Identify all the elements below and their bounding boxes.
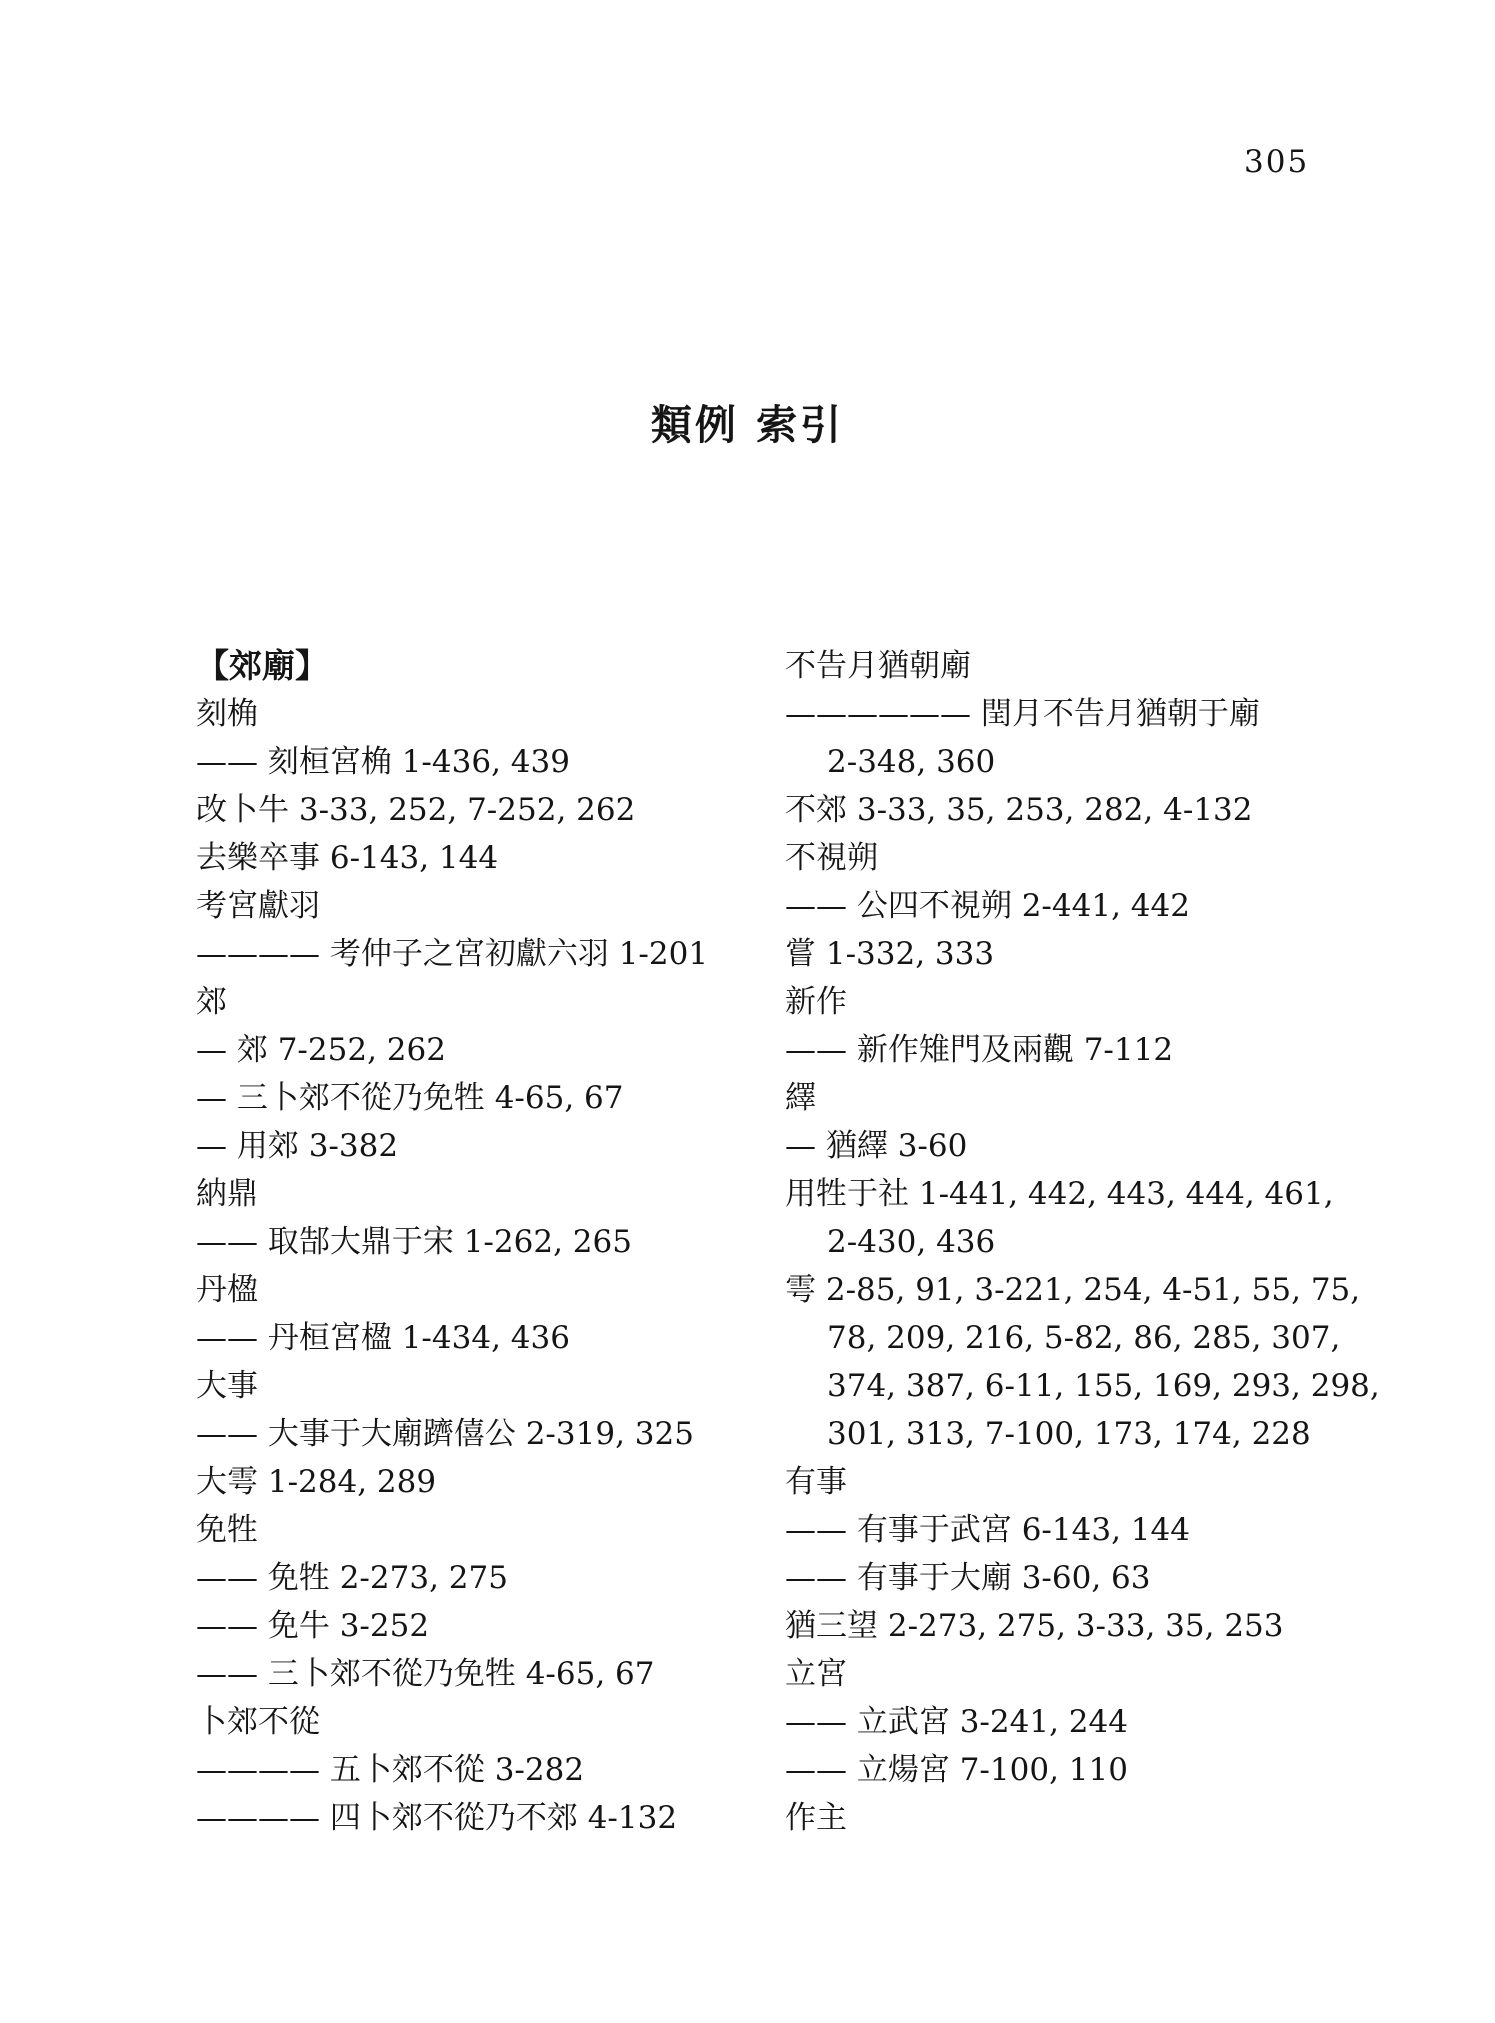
index-entry-line: — 用郊 3-382 [196,1122,771,1170]
index-entry-line: —— 新作雉門及兩觀 7-112 [785,1026,1425,1074]
index-entry-line: 有事 [785,1458,1425,1506]
index-entry-line: 作主 [785,1794,1425,1842]
index-entry-line: 卜郊不從 [196,1698,771,1746]
index-entry-line: —— 免牲 2-273, 275 [196,1554,771,1602]
index-entry-line: —— 公四不視朔 2-441, 442 [785,882,1425,930]
page-number: 305 [1244,144,1309,180]
index-entry-line: —— 丹桓宮楹 1-434, 436 [196,1314,771,1362]
index-entry-line: 301, 313, 7-100, 173, 174, 228 [785,1410,1425,1458]
index-entry-line: 用牲于社 1-441, 442, 443, 444, 461, [785,1170,1425,1218]
index-entry-line: —— 有事于武宮 6-143, 144 [785,1506,1425,1554]
index-entry-line: ———— 四卜郊不從乃不郊 4-132 [196,1794,771,1842]
index-entry-line: 不郊 3-33, 35, 253, 282, 4-132 [785,786,1425,834]
index-entry-line: 郊 [196,978,771,1026]
index-entry-line: 新作 [785,978,1425,1026]
index-entry-line: —— 三卜郊不從乃免牲 4-65, 67 [196,1650,771,1698]
index-entry-line: 374, 387, 6-11, 155, 169, 293, 298, [785,1362,1425,1410]
index-entry-line: 刻桷 [196,690,771,738]
index-entry-line: 不視朔 [785,834,1425,882]
index-entry-line: 78, 209, 216, 5-82, 86, 285, 307, [785,1314,1425,1362]
index-entry-line: — 三卜郊不從乃免牲 4-65, 67 [196,1074,771,1122]
index-entry-line: 大事 [196,1362,771,1410]
index-entry-line: — 郊 7-252, 262 [196,1026,771,1074]
index-entry-line: —— 立武宮 3-241, 244 [785,1698,1425,1746]
index-entry-line: 2-430, 436 [785,1218,1425,1266]
page-title: 類例 索引 [0,392,1495,451]
index-entry-line: —— 立煬宮 7-100, 110 [785,1746,1425,1794]
index-entry-line: —— 大事于大廟躋僖公 2-319, 325 [196,1410,771,1458]
index-entry-line: 繹 [785,1074,1425,1122]
index-entry-line: 納鼎 [196,1170,771,1218]
index-entry-line: 猶三望 2-273, 275, 3-33, 35, 253 [785,1602,1425,1650]
index-entry-line: 考宮獻羽 [196,882,771,930]
index-entry-line: 改卜牛 3-33, 252, 7-252, 262 [196,786,771,834]
index-entry-line: 嘗 1-332, 333 [785,930,1425,978]
index-entry-line: —— 取郜大鼎于宋 1-262, 265 [196,1218,771,1266]
section-header: 【郊廟】 [196,642,771,690]
index-entry-line: 雩 2-85, 91, 3-221, 254, 4-51, 55, 75, [785,1266,1425,1314]
document-page: 305 類例 索引 【郊廟】刻桷—— 刻桓宮桷 1-436, 439改卜牛 3-… [0,0,1495,2023]
index-entry-line: 不告月猶朝廟 [785,642,1425,690]
index-entry-line: — 猶繹 3-60 [785,1122,1425,1170]
index-column-left: 【郊廟】刻桷—— 刻桓宮桷 1-436, 439改卜牛 3-33, 252, 7… [196,642,771,1842]
index-entry-line: 立宮 [785,1650,1425,1698]
index-entry-line: 免牲 [196,1506,771,1554]
index-entry-line: —— 刻桓宮桷 1-436, 439 [196,738,771,786]
index-entry-line: —— 免牛 3-252 [196,1602,771,1650]
index-column-right: 不告月猶朝廟—————— 閏月不告月猶朝于廟2-348, 360不郊 3-33,… [785,642,1425,1842]
index-entry-line: 丹楹 [196,1266,771,1314]
index-entry-line: 2-348, 360 [785,738,1425,786]
index-entry-line: 大雩 1-284, 289 [196,1458,771,1506]
index-entry-line: ———— 五卜郊不從 3-282 [196,1746,771,1794]
index-entry-line: —— 有事于大廟 3-60, 63 [785,1554,1425,1602]
index-entry-line: ———— 考仲子之宮初獻六羽 1-201 [196,930,771,978]
index-entry-line: —————— 閏月不告月猶朝于廟 [785,690,1425,738]
index-entry-line: 去樂卒事 6-143, 144 [196,834,771,882]
